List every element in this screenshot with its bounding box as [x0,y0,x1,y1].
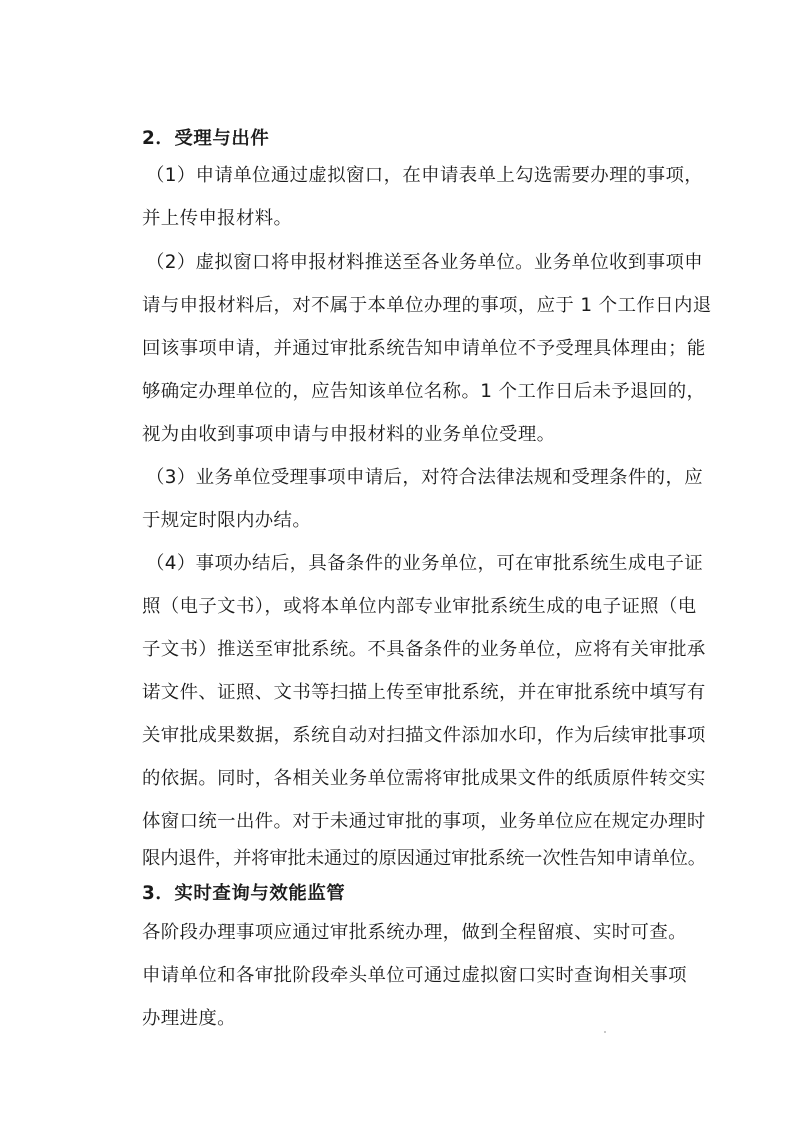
section-heading-acceptance: 2．受理与出件 [142,128,269,150]
paragraph-4-line-5: 关审批成果数据，系统自动对扫描文件添加水印，作为后续审批事项 [142,725,706,747]
scan-artifact-dot [604,1031,606,1033]
paragraph-2-line-4: 够确定办理单位的，应告知该单位名称。1 个工作日后未予退回的， [142,381,705,403]
paragraph-3-line-1: （3）业务单位受理事项申请后，对符合法律法规和受理条件的，应 [146,467,703,489]
paragraph-4-line-3: 子文书）推送至审批系统。不具备条件的业务单位，应将有关审批承 [142,639,706,661]
paragraph-1-line-2: 并上传申报材料。 [142,208,292,230]
paragraph-3-line-2: 于规定时限内办结。 [142,510,311,532]
paragraph-1-line-1: （1）申请单位通过虚拟窗口，在申请表单上勾选需要办理的事项， [146,165,703,187]
paragraph-5-line-1: 各阶段办理事项应通过审批系统办理，做到全程留痕、实时可查。 [142,922,687,944]
paragraph-6-line-2: 办理进度。 [142,1008,236,1030]
paragraph-2-line-5: 视为由收到事项申请与申报材料的业务单位受理。 [142,424,555,446]
paragraph-4-line-4: 诺文件、证照、文书等扫描上传至审批系统，并在审批系统中填写有 [142,682,706,704]
paragraph-4-line-6: 的依据。同时，各相关业务单位需将审批成果文件的纸质原件转交实 [142,768,706,790]
paragraph-4-line-7: 体窗口统一出件。对于未通过审批的事项，业务单位应在规定办理时 [142,811,706,833]
paragraph-4-line-2: 照（电子文书），或将本单位内部专业审批系统生成的电子证照（电 [142,596,697,618]
section-heading-realtime-query: 3．实时查询与效能监管 [142,883,345,905]
document-page: 2．受理与出件 （1）申请单位通过虚拟窗口，在申请表单上勾选需要办理的事项， 并… [0,0,794,1122]
paragraph-2-line-1: （2）虚拟窗口将申报材料推送至各业务单位。业务单位收到事项申 [146,252,703,274]
paragraph-4-line-1: （4）事项办结后，具备条件的业务单位，可在审批系统生成电子证 [146,553,703,575]
paragraph-2-line-3: 回该事项申请，并通过审批系统告知申请单位不予受理具体理由；能 [142,338,706,360]
paragraph-6-line-1: 申请单位和各审批阶段牵头单位可通过虚拟窗口实时查询相关事项 [142,965,687,987]
paragraph-2-line-2: 请与申报材料后，对不属于本单位办理的事项，应于 1 个工作日内退 [142,295,712,317]
paragraph-4-line-8: 限内退件，并将审批未通过的原因通过审批系统一次性告知申请单位。 [142,848,706,870]
